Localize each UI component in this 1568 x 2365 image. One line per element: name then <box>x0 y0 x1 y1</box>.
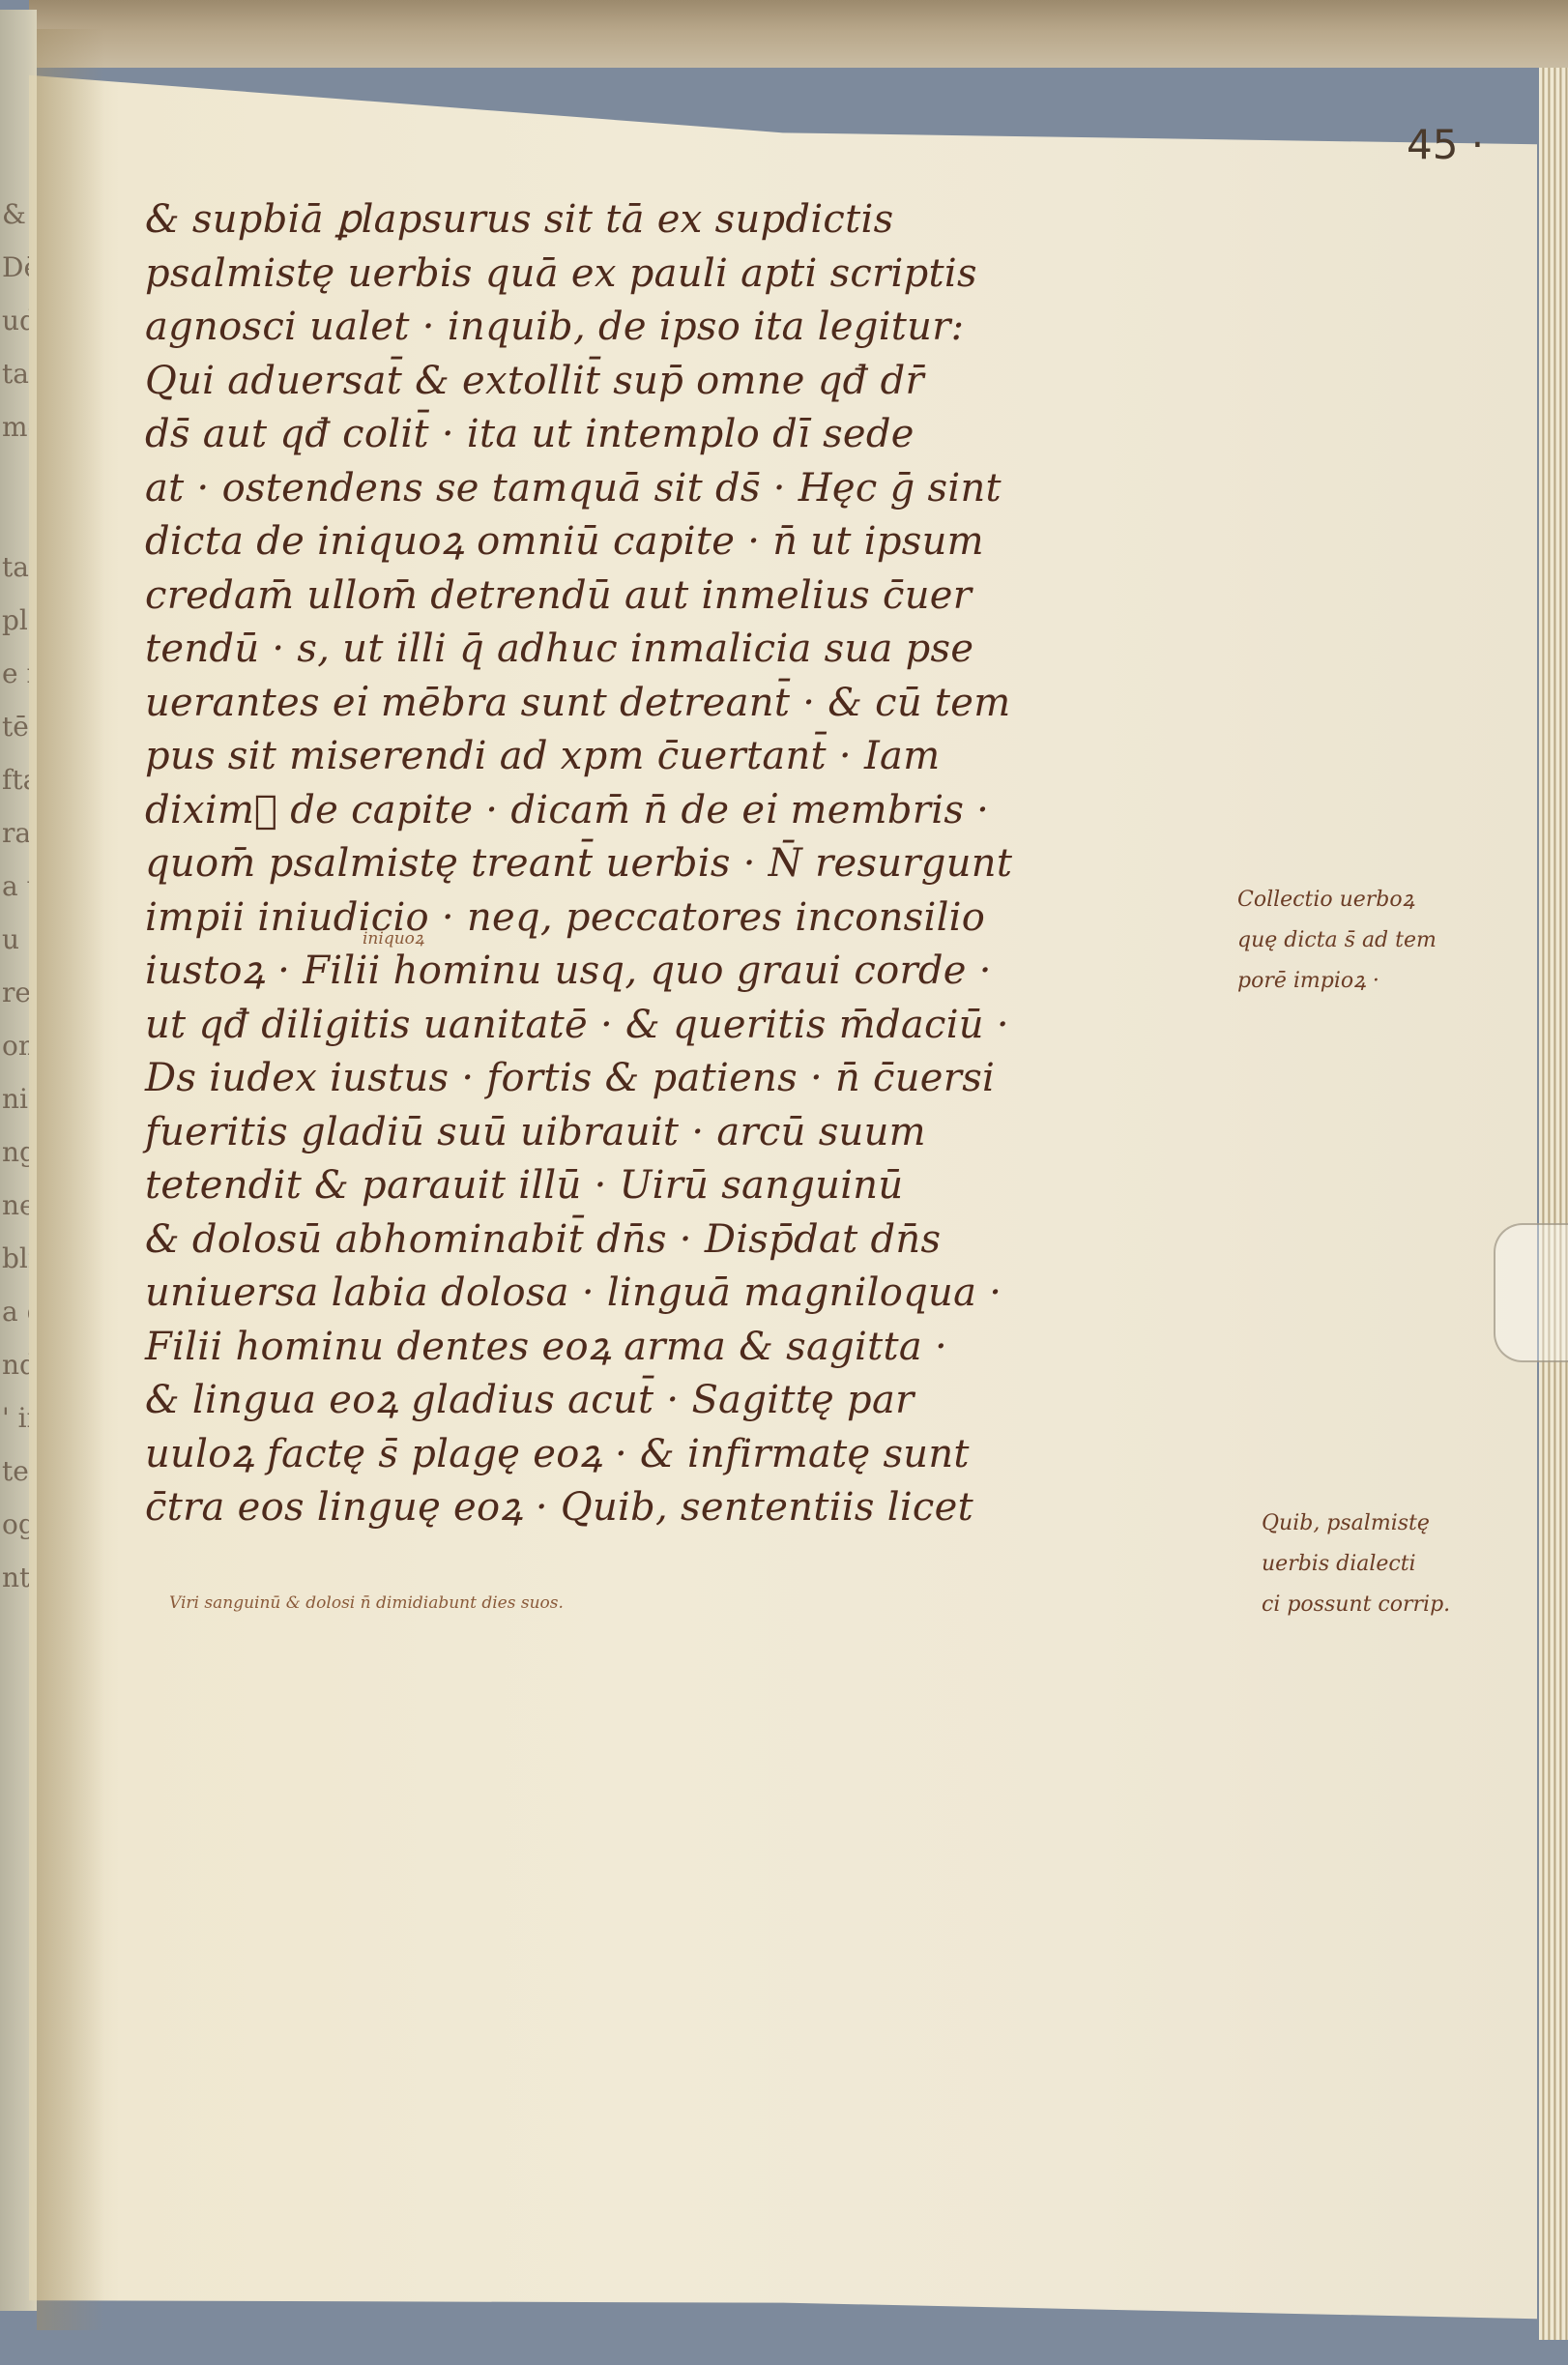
text-line: credam̄ ullom̄ detrendū aut inmelius c̄u… <box>145 569 1247 624</box>
text-line: & supbiā ꝑlapsurus sit tā ex supdictis <box>145 193 1247 248</box>
page-number: 45 · <box>1407 121 1484 168</box>
text-line: uuloꝝ factę s̄ plagę eoꝝ · & infirmatę s… <box>145 1428 1247 1482</box>
margin-note-line: quę dicta s̄ ad tem <box>1237 920 1437 961</box>
text-line: Qui aduersat̄ & extollit̄ sup̄ omne qđ d… <box>145 355 1247 409</box>
text-line: quom̄ psalmistę treant̄ uerbis · N̄ resu… <box>145 837 1247 891</box>
main-text-block: & supbiā ꝑlapsurus sit tā ex supdictis p… <box>145 193 1247 1535</box>
margin-note-line: porē impioꝝ · <box>1237 961 1437 1002</box>
margin-note-line: ci possunt corrip. <box>1262 1585 1450 1625</box>
margin-note-line: Collectio uerboꝝ <box>1237 880 1437 920</box>
text-line: Ds iudex iustus · fortis & patiens · n̄ … <box>145 1052 1247 1106</box>
text-line: uerantes ei̇ mēbra sunt detreant̄ · & cū… <box>145 677 1247 731</box>
text-line: pus sit miserendi ad xpm c̄uertant̄ · Ia… <box>145 730 1247 784</box>
margin-note: Collectio uerboꝝ quę dicta s̄ ad tem por… <box>1237 880 1437 1002</box>
page-edges <box>1539 68 1568 2340</box>
text-line: iustoꝝ · Filii hominu usq, quo graui cor… <box>145 945 1247 999</box>
page-clip <box>1494 1223 1568 1362</box>
book-top-edge <box>29 0 1568 68</box>
text-line: Filii hominu dentes eoꝝ arma & sagitta · <box>145 1321 1247 1375</box>
interlinear-gloss: Viri sanguinū & dolosi n̄ dimidiabunt di… <box>169 1593 564 1613</box>
margin-note-line: Quib, psalmistę <box>1262 1504 1450 1544</box>
text-line: diximᷣ de capite · dicam̄ n̄ de ei̇ memb… <box>145 784 1247 838</box>
text-line: c̄tra eos linguę eoꝝ · Quib, sententiis … <box>145 1481 1247 1535</box>
text-line: dicta de iniquoꝝ omniū capite · n̄ ut ip… <box>145 515 1247 569</box>
margin-note: Quib, psalmistę uerbis dialecti ci possu… <box>1262 1504 1450 1625</box>
text-line: ds̄ aut qđ colit̄ · ita ut intemplo dī s… <box>145 408 1247 462</box>
text-line: agnosci ualet · inquib, de ipso ita legi… <box>145 301 1247 355</box>
text-line: impii iniudicio · neq, peccatores incons… <box>145 891 1247 946</box>
text-line: tendū · s, ut illi q̄ adhuc inmalicia su… <box>145 623 1247 677</box>
text-line: psalmistę uerbis quā ex pauli apti scrip… <box>145 248 1247 302</box>
text-line: at · ostendens se tamquā sit ds̄ · Hęc ḡ… <box>145 462 1247 516</box>
text-line: uniuersa labia dolosa · linguā magniloqu… <box>145 1267 1247 1321</box>
text-line: tetendit & parauit illū · Uirū sanguinū <box>145 1159 1247 1213</box>
interlinear-gloss: iniquoꝝ <box>363 926 424 949</box>
text-line: & lingua eoꝝ gladius acut̄ · Sagittę par <box>145 1374 1247 1428</box>
text-line: fueritis gladiū suū uibrauit · arcū suum <box>145 1106 1247 1160</box>
text-line: ut qđ diligitis uanitatē · & queritis m̄… <box>145 999 1247 1053</box>
margin-note-line: uerbis dialecti <box>1262 1544 1450 1585</box>
gutter-shadow <box>37 29 104 2330</box>
text-line: & dolosū abhominabit̄ dn̄s · Disp̄dat dn… <box>145 1213 1247 1268</box>
